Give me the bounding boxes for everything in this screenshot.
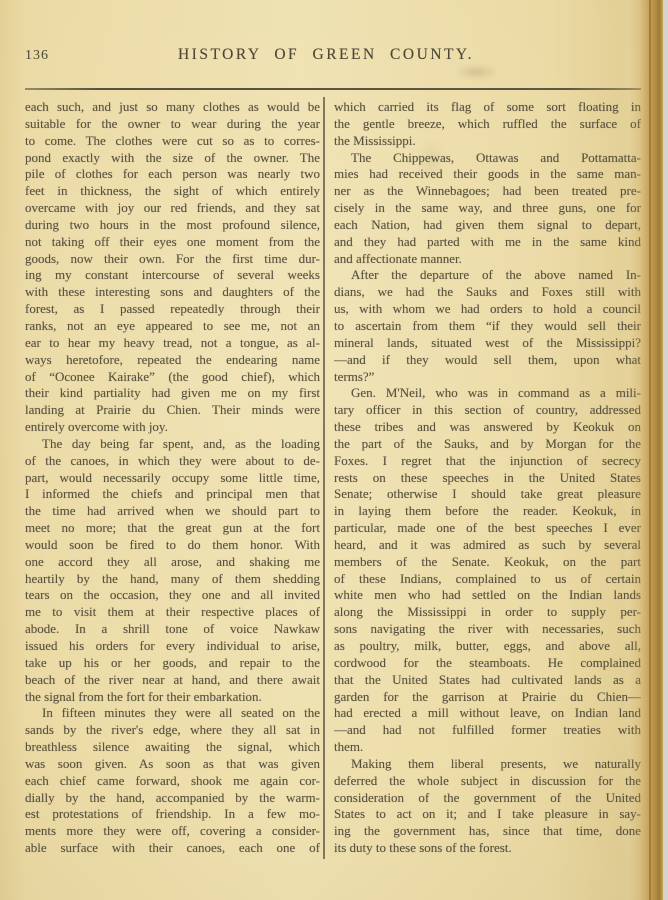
text-line: each such, and just so many clothes as w… — [25, 99, 320, 116]
text-line: the time had arrived when we should part… — [25, 503, 320, 520]
text-line: abode. In a shrill tone of voice Nawkaw — [25, 621, 320, 638]
text-line: of these Indians, complained to us of ce… — [334, 571, 641, 588]
text-line: After the departure of the above named I… — [334, 267, 641, 284]
text-line: mineral lands, situated west of the Miss… — [334, 335, 641, 352]
text-line: suitable for the owner to wear during th… — [25, 116, 320, 133]
page-title: HISTORY OF GREEN COUNTY. — [25, 46, 627, 64]
text-line: the Mississippi. — [334, 133, 641, 150]
text-line: ing the government has, since that time,… — [334, 823, 641, 840]
text-line: pond exactly with the size of the owner.… — [25, 150, 320, 167]
text-line: pile of clothes for each person was near… — [25, 166, 320, 183]
text-line: the part of the Sauks, and by Morgan for… — [334, 436, 641, 453]
book-page: 136 HISTORY OF GREEN COUNTY. each such, … — [0, 0, 668, 900]
text-line: beach of the river near at hand, and the… — [25, 672, 320, 689]
text-line: along the Mississippi in order to supply… — [334, 604, 641, 621]
text-line: sons navigating the river with necessari… — [334, 621, 641, 638]
text-line: able surface with their canoes, each one… — [25, 840, 320, 857]
left-column: each such, and just so many clothes as w… — [25, 99, 320, 857]
text-line: dians, we had the Sauks and Foxes still … — [334, 284, 641, 301]
text-line: us, with whom we had orders to hold a co… — [334, 301, 641, 318]
right-column: which carried its flag of some sort floa… — [334, 99, 641, 857]
text-line: overcame with joy our red friends, and t… — [25, 200, 320, 217]
text-line: had erected a mill without leave, on Ind… — [334, 705, 641, 722]
text-line: tears on the occasion, they one and all … — [25, 587, 320, 604]
text-line: terms?” — [334, 369, 641, 386]
column-divider — [323, 97, 325, 859]
text-line: in laying them before the reader. Keokuk… — [334, 503, 641, 520]
text-line: issued his orders for every individual t… — [25, 638, 320, 655]
text-line: during two hours in the most profound si… — [25, 217, 320, 234]
text-line: —and had not fulfilled former treaties w… — [334, 722, 641, 739]
text-line: me to visit them at their respective pla… — [25, 604, 320, 621]
text-line: its duty to these sons of the forest. — [334, 840, 641, 857]
text-line: white men who had settled on the Indian … — [334, 587, 641, 604]
text-line: to come. The clothes were cut so as to c… — [25, 133, 320, 150]
text-line: I informed the chiefs and principal men … — [25, 486, 320, 503]
text-line: and they had parted with me in the same … — [334, 234, 641, 251]
text-line: garden for the garrison at Prairie du Ch… — [334, 689, 641, 706]
running-head: 136 HISTORY OF GREEN COUNTY. — [25, 46, 641, 66]
text-line: ments more they were off, covering a con… — [25, 823, 320, 840]
text-line: members of the Senate. Keokuk, on the pa… — [334, 554, 641, 571]
text-line: each chief came forward, shook me again … — [25, 773, 320, 790]
text-line: cordwood for the steamboats. He complain… — [334, 655, 641, 672]
page-edge-line — [649, 0, 651, 900]
text-line: —and if they would sell them, upon what — [334, 352, 641, 369]
text-line: Senate; otherwise I should take great pl… — [334, 486, 641, 503]
text-line: which carried its flag of some sort floa… — [334, 99, 641, 116]
text-line: The Chippewas, Ottawas and Pottamatta- — [334, 150, 641, 167]
text-line: Gen. M'Neil, who was in command as a mil… — [334, 385, 641, 402]
text-line: that the United States had cultivated la… — [334, 672, 641, 689]
text-line: landing at Prairie du Chien. Their minds… — [25, 402, 320, 419]
text-line: feet in thickness, the sight of which en… — [25, 183, 320, 200]
text-line: take up his or her goods, and repair to … — [25, 655, 320, 672]
text-line: not taking off their eyes one moment fro… — [25, 234, 320, 251]
text-line: them. — [334, 739, 641, 756]
text-line: the gentle breeze, which ruffled the sur… — [334, 116, 641, 133]
text-line: entirely overcome with joy. — [25, 419, 320, 436]
text-line: particular, made one of the best speeche… — [334, 520, 641, 537]
text-line: ranks, not an eye appeared to see me, no… — [25, 318, 320, 335]
text-line: ner as the Winnebagoes; had been treated… — [334, 183, 641, 200]
text-line: ways heretofore, repeated the endearing … — [25, 352, 320, 369]
text-line: Making them liberal presents, we natural… — [334, 756, 641, 773]
scan-border — [663, 0, 668, 900]
page-edge-shadow — [629, 0, 663, 900]
text-line: heard, and it was admired as such by sev… — [334, 537, 641, 554]
text-line: States to act on it; and I take pleasure… — [334, 806, 641, 823]
paper-smudge — [455, 64, 499, 80]
text-line: with these interesting sons and daughter… — [25, 284, 320, 301]
text-line: In fifteen minutes they were all seated … — [25, 705, 320, 722]
text-line: of the canoes, in which they were about … — [25, 453, 320, 470]
text-line: meet no more; that the great gun at the … — [25, 520, 320, 537]
text-line: and affectionate manner. — [334, 251, 641, 268]
text-line: deferred the whole subject in discussion… — [334, 773, 641, 790]
text-line: est protestations of friendship. In a fe… — [25, 806, 320, 823]
text-line: heartily by the hand, many of them shedd… — [25, 571, 320, 588]
text-line: goods, now their own. For the first time… — [25, 251, 320, 268]
text-line: would soon be fired to do them honor. Wi… — [25, 537, 320, 554]
text-line: the signal from the fort for their embar… — [25, 689, 320, 706]
text-line: as poultry, milk, butter, eggs, and abov… — [334, 638, 641, 655]
text-line: mies had received their goods in the sam… — [334, 166, 641, 183]
text-line: cisely in the same way, and three guns, … — [334, 200, 641, 217]
text-line: to ascertain from them “if they would se… — [334, 318, 641, 335]
text-line: breathless silence awaiting the signal, … — [25, 739, 320, 756]
text-line: Foxes. I regret that the injunction of s… — [334, 453, 641, 470]
text-line: sands by the river's edge, where they al… — [25, 722, 320, 739]
text-line: ear to hear my heavy tread, not a tongue… — [25, 335, 320, 352]
text-line: each Nation, had given them signal to de… — [334, 217, 641, 234]
text-line: part, would necessarily occupy some litt… — [25, 470, 320, 487]
text-line: these tribes and was answered by Keokuk … — [334, 419, 641, 436]
header-rule — [25, 88, 641, 90]
text-line: rests on these speeches in the United St… — [334, 470, 641, 487]
text-line: their kind partiality had given me on my… — [25, 385, 320, 402]
text-line: tary officer in this section of country,… — [334, 402, 641, 419]
text-line: of “Oconee Kairake” (the good chief), wh… — [25, 369, 320, 386]
text-line: consideration of the government of the U… — [334, 790, 641, 807]
text-line: was soon given. As soon as that was give… — [25, 756, 320, 773]
text-line: ing my constant intercourse of several w… — [25, 267, 320, 284]
text-line: The day being far spent, and, as the loa… — [25, 436, 320, 453]
text-line: forest, as I passed repeatedly through t… — [25, 301, 320, 318]
text-line: dially by the hand, accompanied by the w… — [25, 790, 320, 807]
text-line: one accord they all arose, and shaking m… — [25, 554, 320, 571]
